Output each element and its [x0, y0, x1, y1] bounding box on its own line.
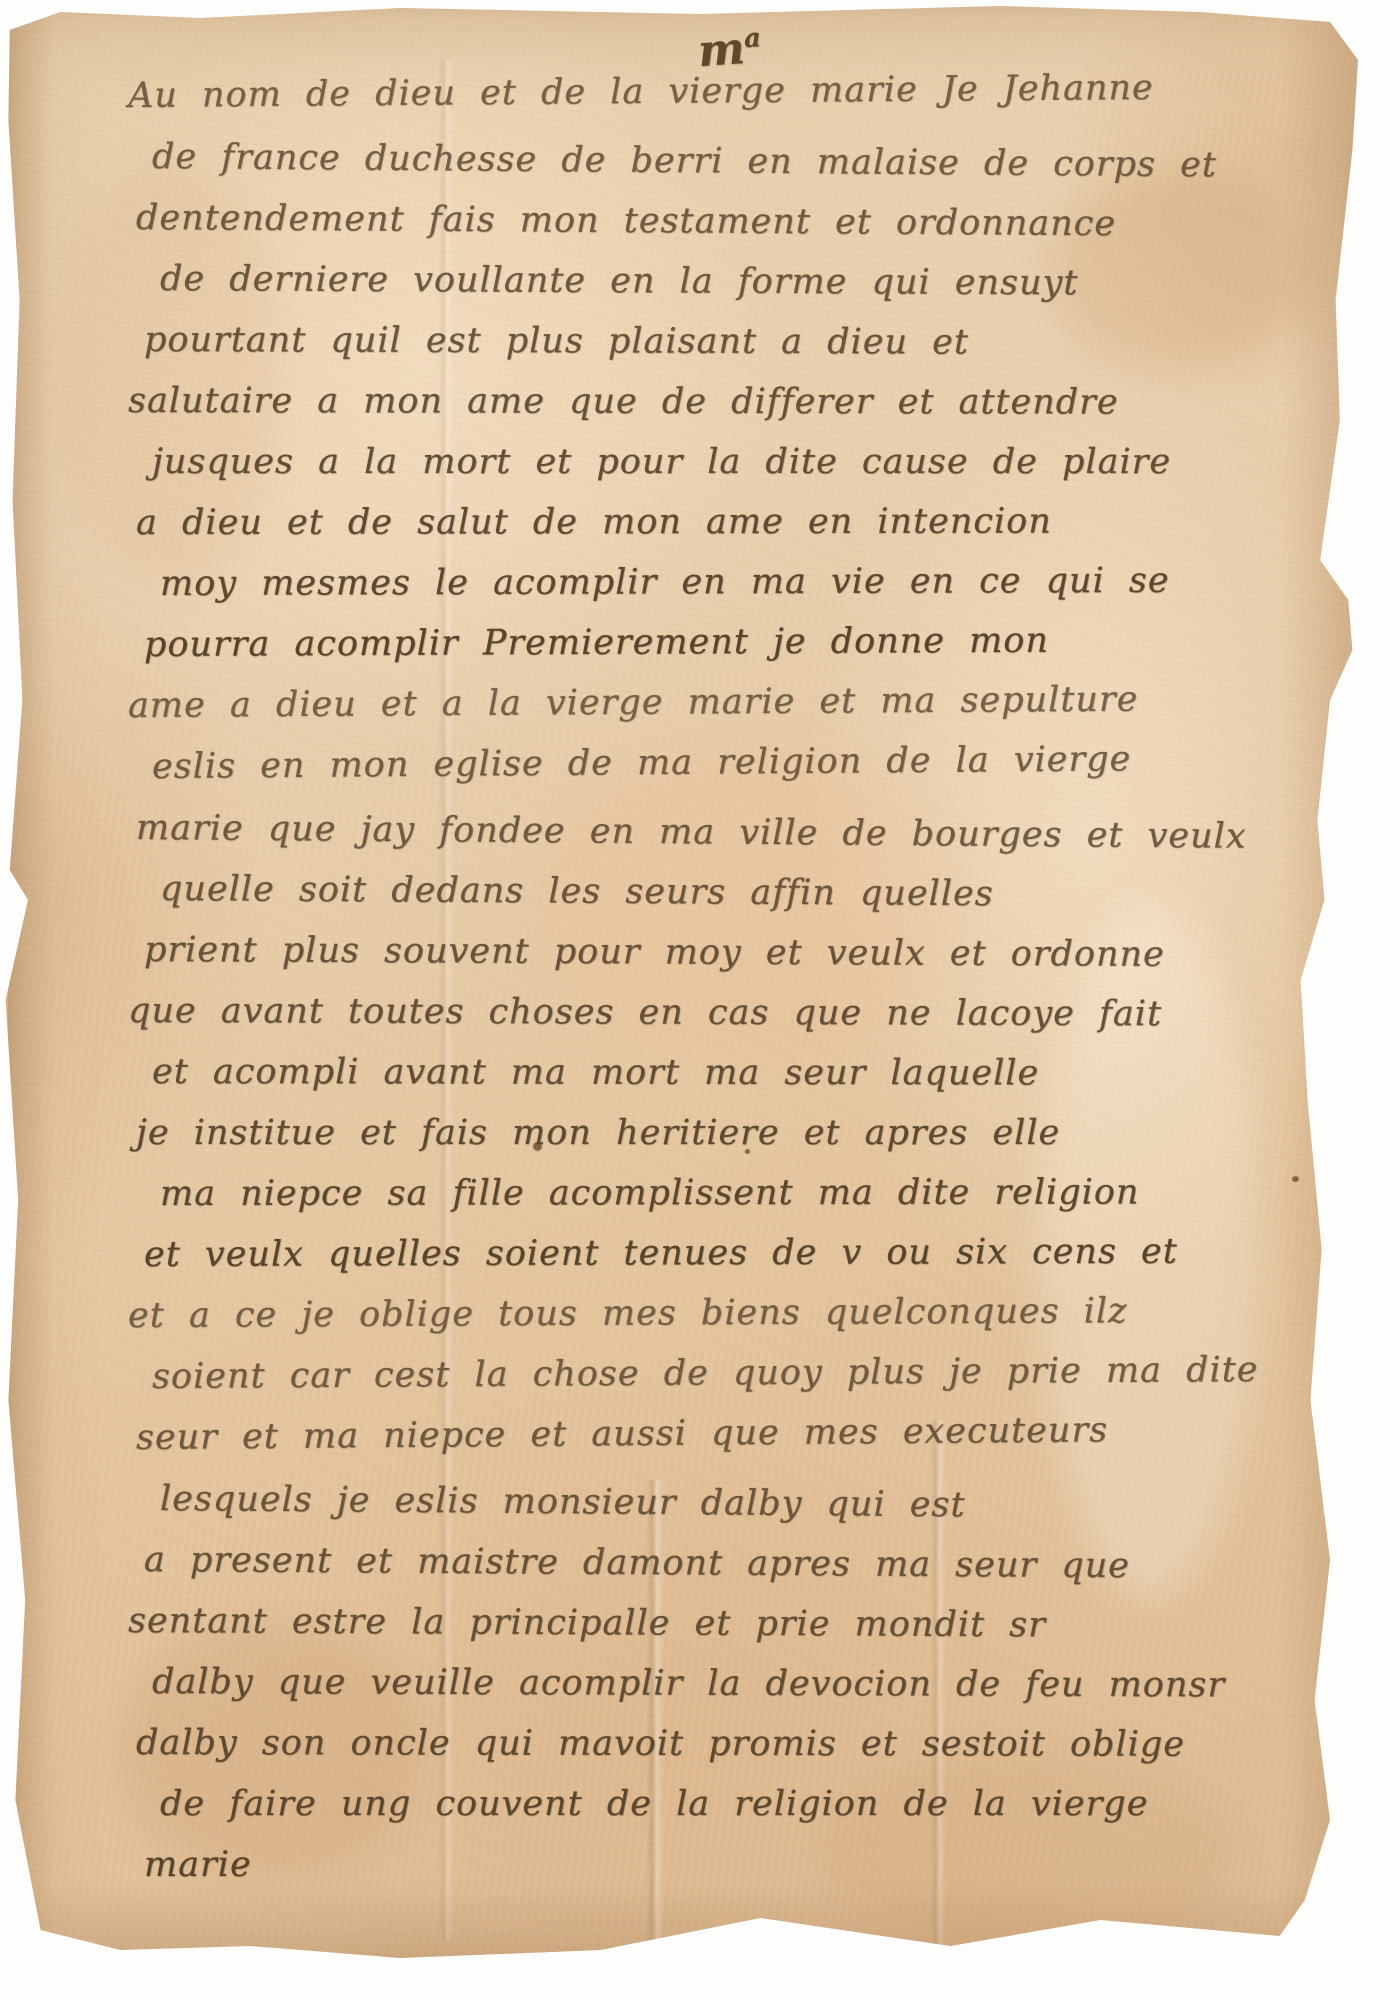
edge-shading [8, 0, 54, 2000]
manuscript-line: de derniere voullante en la forme qui en… [160, 249, 1330, 316]
manuscript-line: quelle soit dedans les seurs affin quell… [160, 859, 1330, 927]
manuscript-line: de faire ung couvent de la religion de l… [160, 1774, 1330, 1835]
manuscript-page: ma Au nom de dieu et de la vierge marie … [0, 0, 1400, 2000]
manuscript-text: Au nom de dieu et de la vierge marie Je … [128, 66, 1330, 1896]
manuscript-line: Au nom de dieu et de la vierge marie Je … [128, 57, 1330, 127]
manuscript-line: a present et maistre damont apres ma seu… [144, 1530, 1330, 1598]
manuscript-line: que avant toutes choses en cas que ne la… [128, 981, 1330, 1046]
manuscript-line: eslis en mon eglise de ma religion de la… [152, 728, 1330, 798]
manuscript-line: je institue et fais mon heritiere et apr… [136, 1103, 1330, 1164]
manuscript-line: dalby son oncle qui mavoit promis et ses… [136, 1713, 1330, 1776]
manuscript-line: sentant estre la principalle et prie mon… [128, 1591, 1330, 1658]
manuscript-line: lesquels je eslis monsieur dalby qui est [160, 1469, 1330, 1539]
manuscript-line: jusques a la mort et pour la dite cause … [152, 432, 1330, 493]
manuscript-line: soient car cest la chose de quoy plus je… [152, 1340, 1330, 1408]
manuscript-line: seur et ma niepce et aussi que mes execu… [136, 1399, 1330, 1469]
manuscript-line: a dieu et de salut de mon ame en intenci… [136, 491, 1330, 554]
manuscript-line: pourra acomplir Premierement je donne mo… [144, 609, 1330, 676]
photo-background: ma Au nom de dieu et de la vierge marie … [0, 0, 1400, 2000]
folio-mark-superscript: a [743, 23, 762, 54]
manuscript-line: marie que jay fondee en ma ville de bour… [136, 798, 1330, 868]
manuscript-line: moy mesmes le acomplir en ma vie en ce q… [160, 550, 1330, 615]
manuscript-line: et acompli avant ma mort ma seur laquell… [152, 1042, 1330, 1105]
manuscript-line: ame a dieu et a la vierge marie et ma se… [128, 668, 1330, 737]
manuscript-line: dalby que veuille acomplir la devocion d… [152, 1652, 1330, 1717]
manuscript-line: dentendement fais mon testament et ordon… [136, 188, 1330, 257]
manuscript-line: prient plus souvent pour moy et veulx et… [144, 920, 1330, 987]
manuscript-line: de france duchesse de berri en malaise d… [152, 127, 1330, 197]
manuscript-line: pourtant quil est plus plaisant a dieu e… [144, 310, 1330, 375]
manuscript-line: salutaire a mon ame que de differer et a… [128, 371, 1330, 434]
manuscript-line: marie [144, 1833, 1330, 1896]
manuscript-line: et a ce je oblige tous mes biens quelcon… [128, 1280, 1330, 1347]
manuscript-line: ma niepce sa fille acomplissent ma dite … [160, 1162, 1330, 1225]
manuscript-line: et veulx quelles soient tenues de v ou s… [144, 1221, 1330, 1286]
